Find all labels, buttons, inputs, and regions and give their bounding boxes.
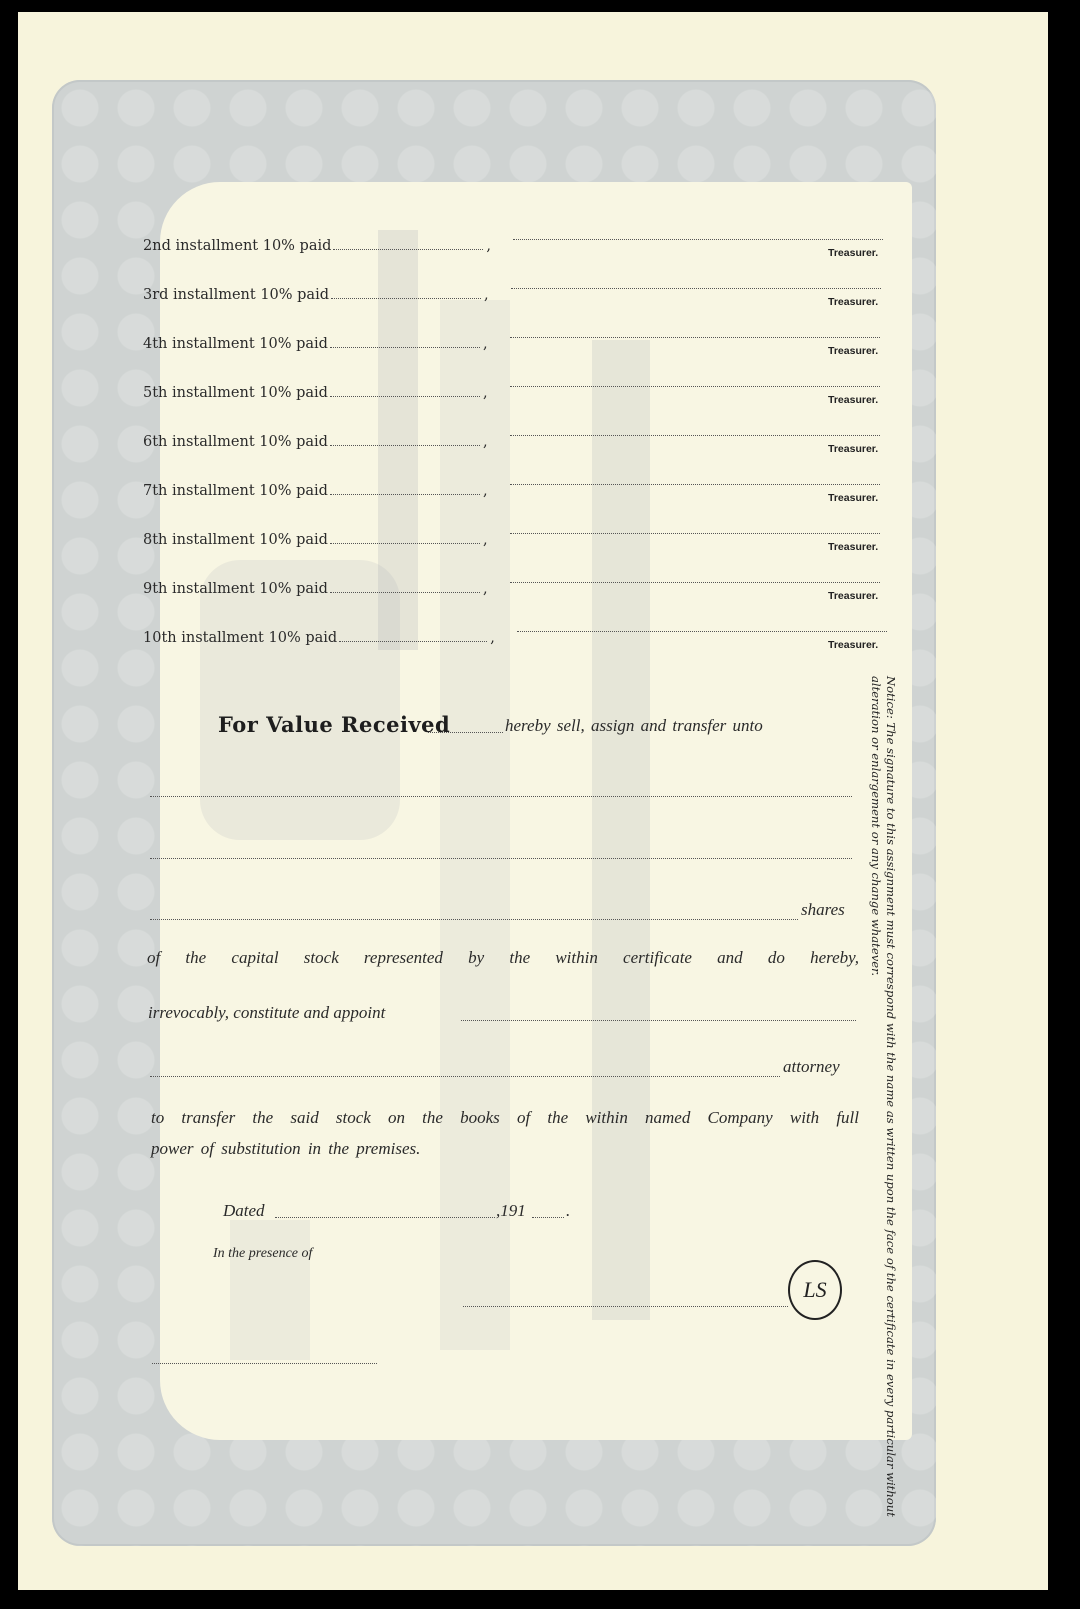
assignee-line-1[interactable] xyxy=(150,796,852,797)
bleed-through-ornament xyxy=(230,1220,310,1360)
seal-monogram: LS xyxy=(803,1277,826,1303)
year-prefix: ,191 xyxy=(496,1201,526,1221)
witness-signature-field[interactable] xyxy=(152,1363,377,1364)
installment-row: 4th installment 10% paid , xyxy=(143,330,880,352)
signature-field[interactable] xyxy=(517,630,887,632)
signature-field[interactable] xyxy=(510,434,880,436)
assignor-name-field[interactable] xyxy=(428,732,503,733)
installment-row: 7th installment 10% paid , xyxy=(143,477,880,499)
transfer-line-1: to transfer the said stock on the books … xyxy=(151,1108,859,1128)
treasurer-label: Treasurer. xyxy=(828,492,878,504)
capital-stock-line: of the capital stock represented by the … xyxy=(147,948,859,968)
installment-row: 5th installment 10% paid , xyxy=(143,379,880,401)
treasurer-label: Treasurer. xyxy=(828,296,878,308)
installment-row: 10th installment 10% paid , xyxy=(143,624,887,646)
for-value-received-heading: For Value Received xyxy=(218,712,450,737)
installment-label: 4th installment 10% paid xyxy=(143,336,328,352)
treasurer-label: Treasurer. xyxy=(828,394,878,406)
signature-field[interactable] xyxy=(510,336,880,338)
year-field[interactable] xyxy=(532,1217,564,1218)
date-field[interactable] xyxy=(339,640,487,642)
installment-row: 9th installment 10% paid , xyxy=(143,575,880,597)
installment-row: 8th installment 10% paid , xyxy=(143,526,880,548)
date-field[interactable] xyxy=(330,346,480,348)
installment-row: 6th installment 10% paid , xyxy=(143,428,880,450)
installment-label: 9th installment 10% paid xyxy=(143,581,328,597)
signature-field[interactable] xyxy=(510,581,880,583)
signature-field[interactable] xyxy=(511,287,881,289)
dated-label: Dated xyxy=(223,1201,265,1221)
assignee-line-2[interactable] xyxy=(150,858,852,859)
irrevocably-line: irrevocably, constitute and appoint xyxy=(148,1003,385,1023)
treasurer-label: Treasurer. xyxy=(828,639,878,651)
treasurer-label: Treasurer. xyxy=(828,345,878,357)
installment-label: 8th installment 10% paid xyxy=(143,532,328,548)
installment-label: 6th installment 10% paid xyxy=(143,434,328,450)
assign-clause: hereby sell, assign and transfer unto xyxy=(505,716,763,736)
year-suffix: . xyxy=(566,1201,570,1221)
installment-label: 3rd installment 10% paid xyxy=(143,287,329,303)
installment-label: 7th installment 10% paid xyxy=(143,483,328,499)
shares-label: shares xyxy=(801,900,845,920)
installment-label: 10th installment 10% paid xyxy=(143,630,337,646)
attorney-line[interactable] xyxy=(150,1076,780,1077)
treasurer-label: Treasurer. xyxy=(828,247,878,259)
date-field[interactable] xyxy=(333,248,483,250)
installment-row: 2nd installment 10% paid , xyxy=(143,232,883,254)
date-field[interactable] xyxy=(330,493,480,495)
shares-count-field[interactable] xyxy=(150,919,798,920)
treasurer-label: Treasurer. xyxy=(828,541,878,553)
attorney-name-field[interactable] xyxy=(461,1020,856,1021)
date-field[interactable] xyxy=(330,395,480,397)
presence-label: In the presence of xyxy=(213,1246,312,1262)
assignor-signature-field[interactable] xyxy=(463,1306,788,1307)
bleed-through-vignette xyxy=(200,560,400,840)
date-field[interactable] xyxy=(275,1217,495,1218)
signature-field[interactable] xyxy=(510,532,880,534)
date-field[interactable] xyxy=(330,444,480,446)
installment-label: 2nd installment 10% paid xyxy=(143,238,331,254)
signature-field[interactable] xyxy=(510,483,880,485)
installment-row: 3rd installment 10% paid , xyxy=(143,281,881,303)
notice-text: Notice: The signature to this assignment… xyxy=(868,676,898,1521)
signature-field[interactable] xyxy=(513,238,883,240)
date-field[interactable] xyxy=(331,297,481,299)
treasurer-label: Treasurer. xyxy=(828,590,878,602)
installment-label: 5th installment 10% paid xyxy=(143,385,328,401)
bleed-through-title xyxy=(440,300,510,1350)
signature-field[interactable] xyxy=(510,385,880,387)
transfer-line-2: power of substitution in the premises. xyxy=(151,1139,420,1159)
treasurer-label: Treasurer. xyxy=(828,443,878,455)
attorney-label: attorney xyxy=(783,1057,840,1077)
seal-icon: LS xyxy=(788,1260,842,1320)
date-field[interactable] xyxy=(330,542,480,544)
date-field[interactable] xyxy=(330,591,480,593)
